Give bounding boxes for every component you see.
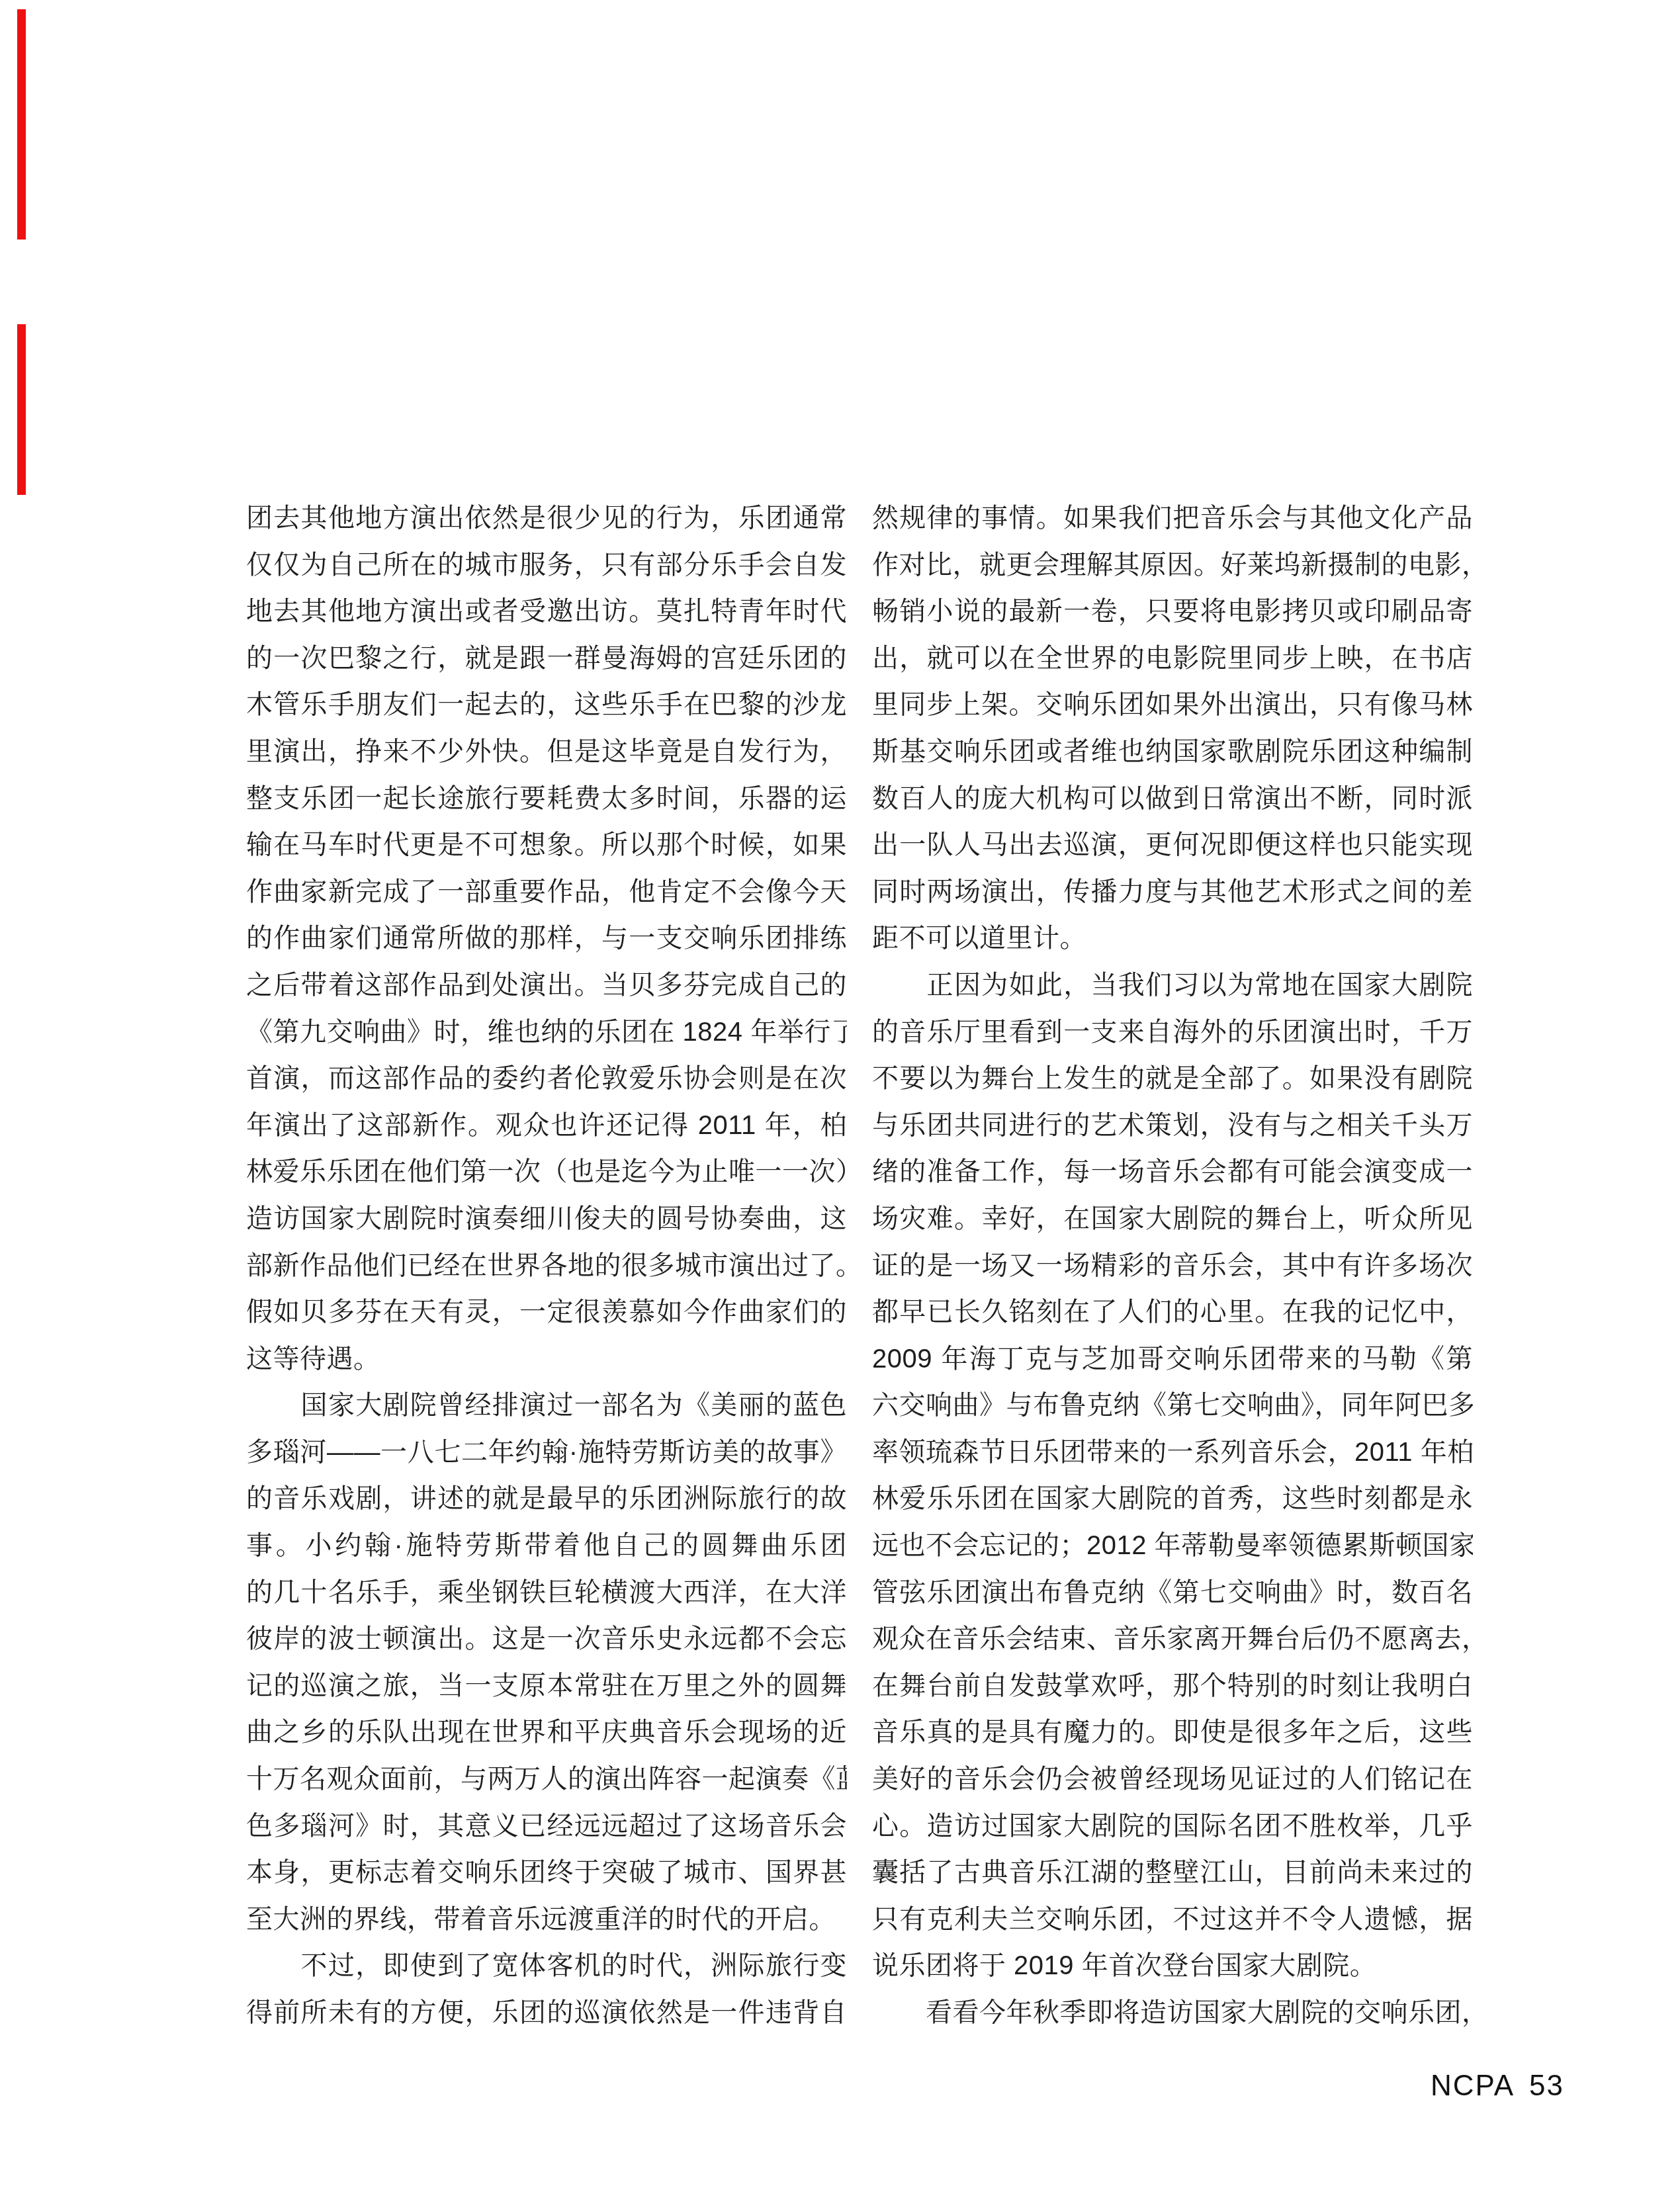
- text-line: 林爱乐乐团在他们第一次（也是迄今为止唯一一次）: [246, 1149, 847, 1196]
- text-line: 说乐团将于 2019 年首次登台国家大剧院。: [872, 1943, 1473, 1990]
- text-line: 十万名观众面前，与两万人的演出阵容一起演奏《蓝: [246, 1756, 847, 1803]
- text-line: 这等待遇。: [246, 1336, 847, 1383]
- journal-name: NCPA: [1431, 2070, 1515, 2102]
- text-line: 的几十名乐手，乘坐钢铁巨轮横渡大西洋，在大洋: [246, 1569, 847, 1616]
- text-line: 率领琉森节日乐团带来的一系列音乐会，2011 年柏: [872, 1429, 1473, 1476]
- text-line: 看看今年秋季即将造访国家大剧院的交响乐团，: [872, 1990, 1473, 2036]
- text-line: 记的巡演之旅，当一支原本常驻在万里之外的圆舞: [246, 1663, 847, 1710]
- text-line: 畅销小说的最新一卷，只要将电影拷贝或印刷品寄: [872, 588, 1473, 635]
- text-line: 同时两场演出，传播力度与其他艺术形式之间的差: [872, 869, 1473, 916]
- article-column-left: 团去其他地方演出依然是很少见的行为，乐团通常仅仅为自己所在的城市服务，只有部分乐…: [246, 495, 847, 2036]
- text-line: 事。小约翰·施特劳斯带着他自己的圆舞曲乐团: [246, 1522, 847, 1569]
- text-line: 不要以为舞台上发生的就是全部了。如果没有剧院: [872, 1055, 1473, 1102]
- text-line: 整支乐团一起长途旅行要耗费太多时间，乐器的运: [246, 775, 847, 822]
- text-line: 场灾难。幸好，在国家大剧院的舞台上，听众所见: [872, 1196, 1473, 1243]
- text-line: 观众在音乐会结束、音乐家离开舞台后仍不愿离去，: [872, 1616, 1473, 1663]
- text-line: 只有克利夫兰交响乐团，不过这并不令人遗憾，据: [872, 1896, 1473, 1943]
- text-line: 的作曲家们通常所做的那样，与一支交响乐团排练: [246, 915, 847, 962]
- text-line: 2009 年海丁克与芝加哥交响乐团带来的马勒《第: [872, 1336, 1473, 1383]
- text-line: 得前所未有的方便，乐团的巡演依然是一件违背自: [246, 1990, 847, 2036]
- text-line: 彼岸的波士顿演出。这是一次音乐史永远都不会忘: [246, 1616, 847, 1663]
- text-line: 多瑙河——一八七二年约翰·施特劳斯访美的故事》: [246, 1429, 847, 1476]
- text-line: 出一队人马出去巡演，更何况即便这样也只能实现: [872, 822, 1473, 869]
- text-line: 假如贝多芬在天有灵，一定很羡慕如今作曲家们的: [246, 1289, 847, 1336]
- text-line: 六交响曲》与布鲁克纳《第七交响曲》，同年阿巴多: [872, 1382, 1473, 1429]
- text-line: 年演出了这部新作。观众也许还记得 2011 年，柏: [246, 1102, 847, 1149]
- text-line: 木管乐手朋友们一起去的，这些乐手在巴黎的沙龙: [246, 681, 847, 728]
- text-line: 囊括了古典音乐江湖的整壁江山，目前尚未来过的: [872, 1849, 1473, 1896]
- text-line: 不过，即使到了宽体客机的时代，洲际旅行变: [246, 1943, 847, 1990]
- text-line: 林爱乐乐团在国家大剧院的首秀，这些时刻都是永: [872, 1475, 1473, 1522]
- text-line: 至大洲的界线，带着音乐远渡重洋的时代的开启。: [246, 1896, 847, 1943]
- text-line: 正因为如此，当我们习以为常地在国家大剧院: [872, 962, 1473, 1009]
- text-line: 的一次巴黎之行，就是跟一群曼海姆的宫廷乐团的: [246, 635, 847, 682]
- text-line: 色多瑙河》时，其意义已经远远超过了这场音乐会: [246, 1803, 847, 1850]
- text-line: 首演，而这部作品的委约者伦敦爱乐协会则是在次: [246, 1055, 847, 1102]
- text-line: 里演出，挣来不少外快。但是这毕竟是自发行为，: [246, 728, 847, 775]
- text-line: 都早已长久铭刻在了人们的心里。在我的记忆中，: [872, 1289, 1473, 1336]
- red-bleed-mark-top: [17, 9, 26, 240]
- text-line: 证的是一场又一场精彩的音乐会，其中有许多场次: [872, 1243, 1473, 1290]
- text-line: 作对比，就更会理解其原因。好莱坞新摄制的电影，: [872, 542, 1473, 589]
- text-line: 数百人的庞大机构可以做到日常演出不断，同时派: [872, 775, 1473, 822]
- text-line: 绪的准备工作，每一场音乐会都有可能会演变成一: [872, 1149, 1473, 1196]
- text-line: 心。造访过国家大剧院的国际名团不胜枚举，几乎: [872, 1803, 1473, 1850]
- magazine-page: { "page": { "background": "#ffffff", "te…: [0, 0, 1680, 2188]
- page-footer: NCPA53: [1431, 2070, 1564, 2103]
- text-line: 的音乐厅里看到一支来自海外的乐团演出时，千万: [872, 1009, 1473, 1056]
- text-line: 的音乐戏剧，讲述的就是最早的乐团洲际旅行的故: [246, 1475, 847, 1522]
- text-line: 距不可以道里计。: [872, 915, 1473, 962]
- text-line: 曲之乡的乐队出现在世界和平庆典音乐会现场的近: [246, 1709, 847, 1756]
- text-line: 音乐真的是具有魔力的。即使是很多年之后，这些: [872, 1709, 1473, 1756]
- text-line: 在舞台前自发鼓掌欢呼，那个特别的时刻让我明白: [872, 1663, 1473, 1710]
- text-line: 美好的音乐会仍会被曾经现场见证过的人们铭记在: [872, 1756, 1473, 1803]
- text-line: 远也不会忘记的；2012 年蒂勒曼率领德累斯顿国家: [872, 1522, 1473, 1569]
- page-number: 53: [1529, 2070, 1564, 2102]
- text-line: 作曲家新完成了一部重要作品，他肯定不会像今天: [246, 869, 847, 916]
- text-line: 国家大剧院曾经排演过一部名为《美丽的蓝色: [246, 1382, 847, 1429]
- text-line: 输在马车时代更是不可想象。所以那个时候，如果: [246, 822, 847, 869]
- text-line: 本身，更标志着交响乐团终于突破了城市、国界甚: [246, 1849, 847, 1896]
- article-column-right: 然规律的事情。如果我们把音乐会与其他文化产品作对比，就更会理解其原因。好莱坞新摄…: [872, 495, 1473, 2036]
- text-line: 造访国家大剧院时演奏细川俊夫的圆号协奏曲，这: [246, 1196, 847, 1243]
- text-line: 里同步上架。交响乐团如果外出演出，只有像马林: [872, 681, 1473, 728]
- text-line: 然规律的事情。如果我们把音乐会与其他文化产品: [872, 495, 1473, 542]
- text-line: 与乐团共同进行的艺术策划，没有与之相关千头万: [872, 1102, 1473, 1149]
- text-line: 部新作品他们已经在世界各地的很多城市演出过了。: [246, 1243, 847, 1290]
- text-line: 管弦乐团演出布鲁克纳《第七交响曲》时，数百名: [872, 1569, 1473, 1616]
- text-line: 出，就可以在全世界的电影院里同步上映，在书店: [872, 635, 1473, 682]
- text-line: 《第九交响曲》时，维也纳的乐团在 1824 年举行了: [246, 1009, 847, 1056]
- red-bleed-mark-bottom: [17, 324, 26, 495]
- text-line: 仅仅为自己所在的城市服务，只有部分乐手会自发: [246, 542, 847, 589]
- text-line: 团去其他地方演出依然是很少见的行为，乐团通常: [246, 495, 847, 542]
- text-line: 地去其他地方演出或者受邀出访。莫扎特青年时代: [246, 588, 847, 635]
- text-line: 斯基交响乐团或者维也纳国家歌剧院乐团这种编制: [872, 728, 1473, 775]
- text-line: 之后带着这部作品到处演出。当贝多芬完成自己的: [246, 962, 847, 1009]
